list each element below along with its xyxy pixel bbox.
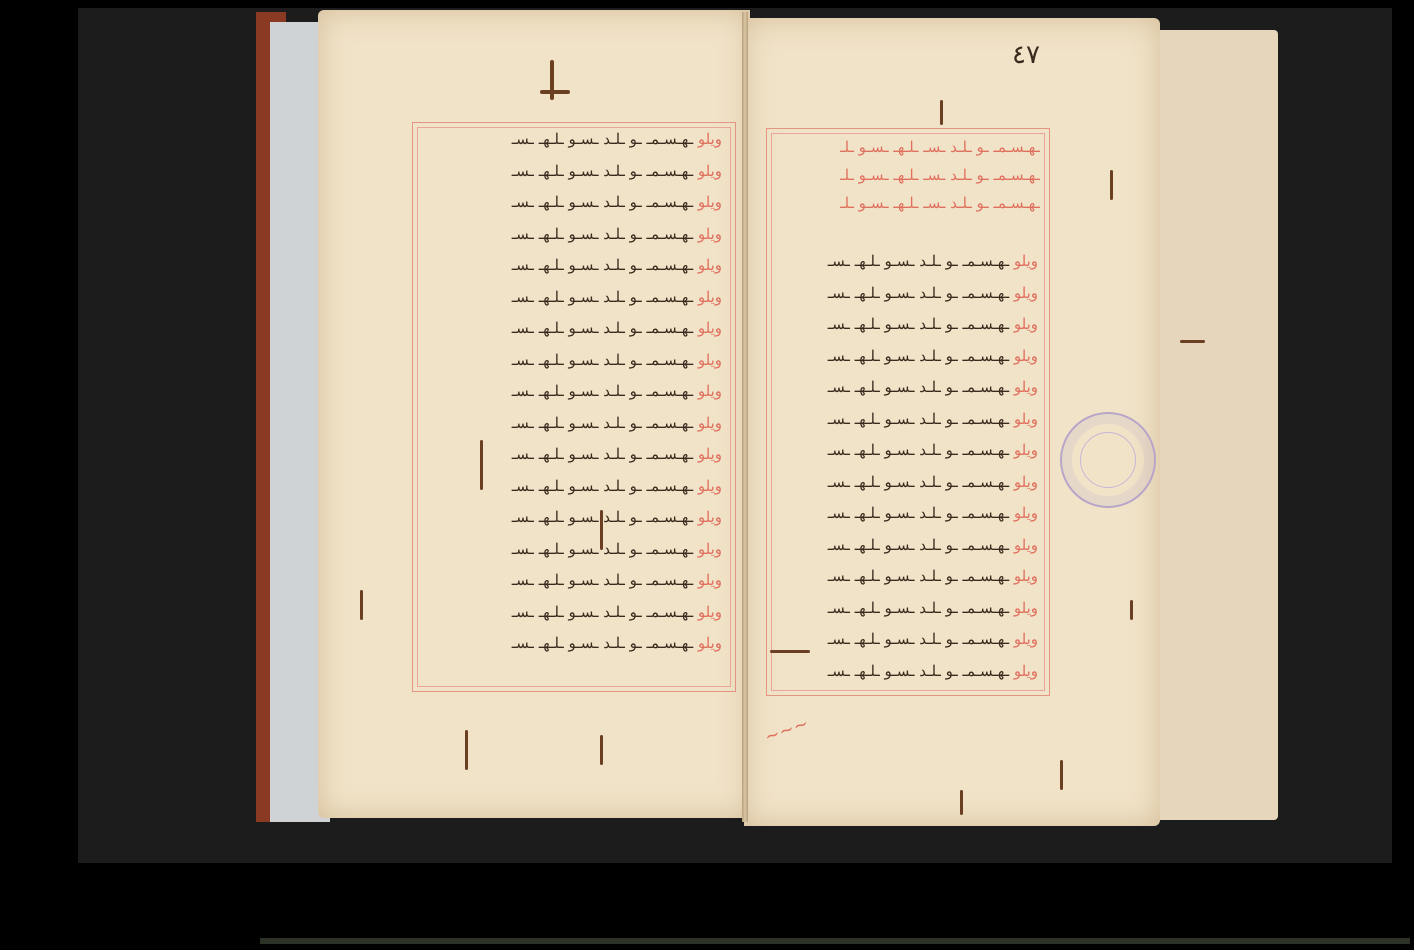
heading-line: ـهـسـمـ ـو ـلـد ـسـ ـلـهـ ـسـو ـلـ bbox=[790, 138, 1040, 158]
text-line: ويلو ـهـسـمـ ـو ـلـد ـسـو ـلـهـ ـسـ bbox=[778, 662, 1038, 682]
text-line: ويلو ـهـسـمـ ـو ـلـد ـسـو ـلـهـ ـسـ bbox=[778, 536, 1038, 556]
text-line: ويلو ـهـسـمـ ـو ـلـد ـسـو ـلـهـ ـسـ bbox=[422, 130, 722, 150]
text-line: ويلو ـهـسـمـ ـو ـلـد ـسـو ـلـهـ ـسـ bbox=[422, 445, 722, 465]
text-line: ويلو ـهـسـمـ ـو ـلـد ـسـو ـلـهـ ـسـ bbox=[422, 414, 722, 434]
text-line: ويلو ـهـسـمـ ـو ـلـد ـسـو ـلـهـ ـسـ bbox=[422, 288, 722, 308]
text-line: ويلو ـهـسـمـ ـو ـلـد ـسـو ـلـهـ ـسـ bbox=[422, 225, 722, 245]
text-line: ويلو ـهـسـمـ ـو ـلـد ـسـو ـلـهـ ـسـ bbox=[778, 630, 1038, 650]
text-line: ويلو ـهـسـمـ ـو ـلـد ـسـو ـلـهـ ـسـ bbox=[422, 477, 722, 497]
text-line: ويلو ـهـسـمـ ـو ـلـد ـسـو ـلـهـ ـسـ bbox=[778, 567, 1038, 587]
text-line: ويلو ـهـسـمـ ـو ـلـد ـسـو ـلـهـ ـسـ bbox=[778, 410, 1038, 430]
worm-hole bbox=[1060, 760, 1063, 790]
worm-hole bbox=[360, 590, 363, 620]
worm-hole bbox=[540, 90, 570, 94]
worm-hole bbox=[1130, 600, 1133, 620]
text-line: ويلو ـهـسـمـ ـو ـلـد ـسـو ـلـهـ ـسـ bbox=[778, 378, 1038, 398]
text-line: ويلو ـهـسـمـ ـو ـلـد ـسـو ـلـهـ ـسـ bbox=[422, 382, 722, 402]
worm-hole bbox=[940, 100, 943, 125]
text-line: ويلو ـهـسـمـ ـو ـلـد ـسـو ـلـهـ ـسـ bbox=[778, 599, 1038, 619]
worm-hole bbox=[465, 730, 468, 770]
text-line: ويلو ـهـسـمـ ـو ـلـد ـسـو ـلـهـ ـسـ bbox=[422, 508, 722, 528]
worm-hole bbox=[1180, 340, 1205, 343]
worm-hole bbox=[550, 60, 554, 100]
text-line: ويلو ـهـسـمـ ـو ـلـد ـسـو ـلـهـ ـسـ bbox=[778, 473, 1038, 493]
text-line: ويلو ـهـسـمـ ـو ـلـد ـسـو ـلـهـ ـسـ bbox=[778, 441, 1038, 461]
text-line: ويلو ـهـسـمـ ـو ـلـد ـسـو ـلـهـ ـسـ bbox=[778, 315, 1038, 335]
text-line: ويلو ـهـسـمـ ـو ـلـد ـسـو ـلـهـ ـسـ bbox=[422, 193, 722, 213]
text-line: ويلو ـهـسـمـ ـو ـلـد ـسـو ـلـهـ ـسـ bbox=[422, 571, 722, 591]
loose-leaves bbox=[1150, 30, 1278, 820]
text-line: ويلو ـهـسـمـ ـو ـلـد ـسـو ـلـهـ ـسـ bbox=[422, 351, 722, 371]
text-line: ويلو ـهـسـمـ ـو ـلـد ـسـو ـلـهـ ـسـ bbox=[422, 634, 722, 654]
worm-hole bbox=[1110, 170, 1113, 200]
folio-number: ٤٧ bbox=[1012, 40, 1040, 70]
heading-line: ـهـسـمـ ـو ـلـد ـسـ ـلـهـ ـسـو ـلـ bbox=[790, 194, 1040, 214]
worm-hole bbox=[960, 790, 963, 815]
heading-line: ـهـسـمـ ـو ـلـد ـسـ ـلـهـ ـسـو ـلـ bbox=[790, 166, 1040, 186]
text-line: ويلو ـهـسـمـ ـو ـلـد ـسـو ـلـهـ ـسـ bbox=[778, 252, 1038, 272]
worm-hole bbox=[770, 650, 810, 653]
worm-hole bbox=[600, 735, 603, 765]
book-gutter bbox=[742, 12, 748, 822]
worm-hole bbox=[600, 510, 603, 550]
text-line: ويلو ـهـسـمـ ـو ـلـد ـسـو ـلـهـ ـسـ bbox=[422, 319, 722, 339]
bottom-strip bbox=[260, 938, 1410, 944]
text-line: ويلو ـهـسـمـ ـو ـلـد ـسـو ـلـهـ ـسـ bbox=[778, 284, 1038, 304]
library-stamp bbox=[1060, 412, 1156, 508]
text-line: ويلو ـهـسـمـ ـو ـلـد ـسـو ـلـهـ ـسـ bbox=[778, 347, 1038, 367]
worm-hole bbox=[480, 440, 483, 490]
text-line: ويلو ـهـسـمـ ـو ـلـد ـسـو ـلـهـ ـسـ bbox=[422, 162, 722, 182]
text-line: ويلو ـهـسـمـ ـو ـلـد ـسـو ـلـهـ ـسـ bbox=[422, 256, 722, 276]
text-line: ويلو ـهـسـمـ ـو ـلـد ـسـو ـلـهـ ـسـ bbox=[422, 603, 722, 623]
text-line: ويلو ـهـسـمـ ـو ـلـد ـسـو ـلـهـ ـسـ bbox=[422, 540, 722, 560]
text-line: ويلو ـهـسـمـ ـو ـلـد ـسـو ـلـهـ ـسـ bbox=[778, 504, 1038, 524]
